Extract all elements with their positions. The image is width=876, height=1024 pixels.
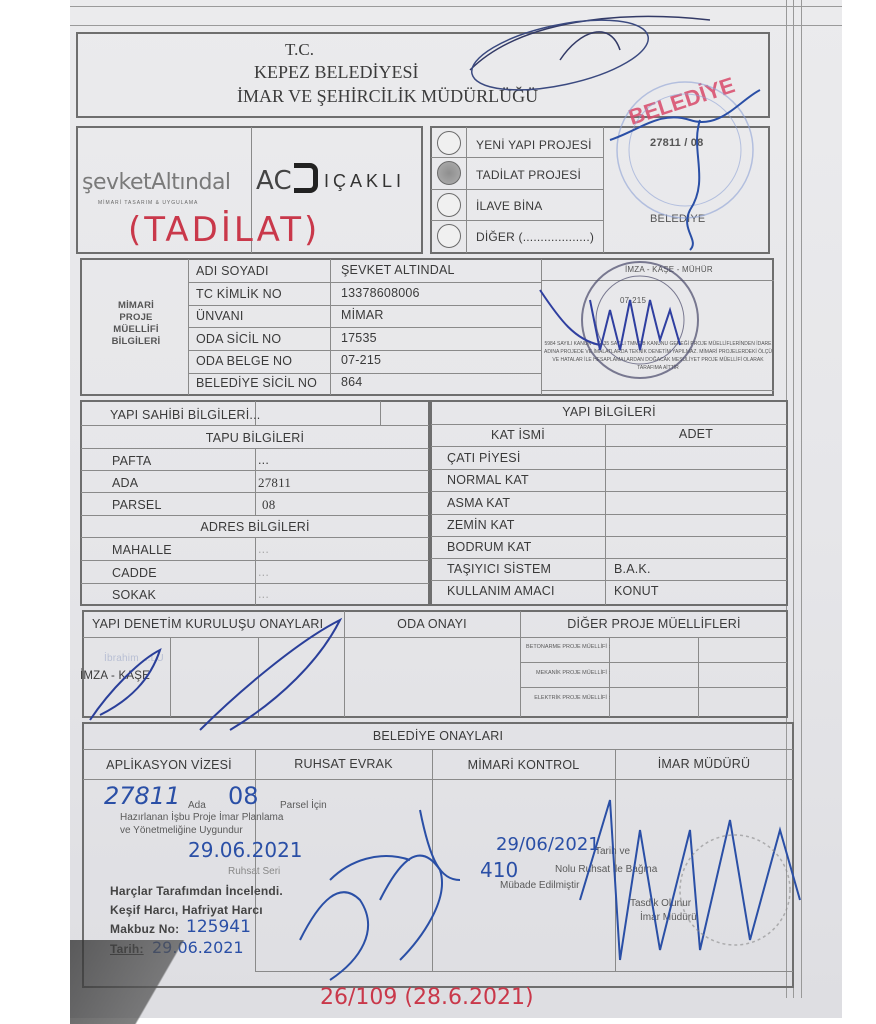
project-type-label: DİĞER (...................) [476,230,594,244]
building-title: YAPI BİLGİLERİ [431,405,787,419]
handwritten-ada: 27811 [104,782,180,810]
architect-field-label: TC KİMLİK NO [196,287,282,301]
architect-field-value: 17535 [341,331,377,345]
diger-title: DİĞER PROJE MÜELLİFLERİ [520,617,788,631]
building-col-kat: KAT İSMİ [431,428,605,442]
municipal-title: BELEDİYE ONAYLARI [83,729,793,743]
kesif-text: Keşif Harcı, Hafriyat Harcı [110,903,263,917]
left-logo-brand: şevketAltındal [82,170,231,195]
adres-title: ADRES BİLGİLERİ [81,520,429,534]
header-municipality: KEPEZ BELEDİYESİ [254,62,418,83]
handwritten-date-2: 29/06/2021 [496,834,600,855]
harclar-text: Harçlar Tarafımdan İncelendi. [110,884,283,898]
architect-field-label: ODA BELGE NO [196,354,292,368]
architect-field-value: MİMAR [341,308,384,322]
handwritten-no: 410 [480,858,518,882]
adres-value: ... [258,565,269,579]
tapu-label: PAFTA [112,454,151,468]
radio-diger[interactable] [437,224,461,248]
stamp-header-imza-kase: İMZA - KAŞE - MÜHÜR [625,265,713,274]
architect-legal-note: 5984 SAYILI KANUN ... 6235 SAYILI TMMOB … [544,340,772,372]
building-row-label: TAŞIYICI SİSTEM [447,562,551,576]
building-row-label: BODRUM KAT [447,540,531,554]
building-row-label: ZEMİN KAT [447,518,515,532]
tasdik: Tasdik Olunur [630,898,691,909]
nolu-ruhsat: Nolu Ruhsat ile Bağına [555,864,657,875]
handwritten-date-1: 29.06.2021 [188,838,303,862]
building-row-label: KULLANIM AMACI [447,584,555,598]
municipal-col: MİMARİ KONTROL [432,758,615,772]
architect-section-label: MİMARİ PROJE MÜELLİFİ BİLGİLERİ [106,300,166,348]
architect-field-value: 07-215 [341,353,381,367]
imza-kase-label: İMZA - KAŞE [80,670,150,682]
aplikasyon-text-2: ve Yönetmeliğine Uygundur [120,825,243,836]
right-logo-mark-icon [294,163,318,193]
municipal-col: APLİKASYON VİZESİ [83,758,255,772]
oda-onayi-title: ODA ONAYI [344,617,520,631]
building-row-label: ASMA KAT [447,496,510,510]
tapu-label: PARSEL [112,498,162,512]
tapu-title: TAPU BİLGİLERİ [81,431,429,445]
architect-field-label: ÜNVANI [196,309,244,323]
adres-label: SOKAK [112,588,156,602]
radio-tadilat[interactable] [437,161,461,185]
building-row-value: KONUT [614,584,659,598]
diger-row-label: BETONARME PROJE MÜELLİFİ : [510,644,610,650]
architect-field-value: 864 [341,375,362,389]
imar-muduru-sign: İmar Müdürü [640,912,697,923]
ada-word: Ada [188,800,206,811]
mubade: Mübade Edilmiştir [500,880,579,891]
header-tc: T.C. [285,40,314,60]
building-col-adet: ADET [605,427,787,441]
red-annotation: 26/109 (28.6.2021) [320,985,534,1010]
denetim-stamp-name: İbrahim ...LU [104,653,164,664]
diger-row-label: MEKANİK PROJE MÜELLİFİ : [510,670,610,676]
parsel-word: Parsel İçin [280,800,327,811]
building-row-label: ÇATI PİYESİ [447,451,521,465]
architect-field-label: BELEDİYE SİCİL NO [196,376,317,390]
radio-ilave-bina[interactable] [437,193,461,217]
building-row-label: NORMAL KAT [447,473,529,487]
tapu-value: ... [258,453,269,467]
architect-field-label: ADI SOYADI [196,264,269,278]
tapu-value: 27811 [258,475,291,491]
stamp-belediye-label: BELEDİYE [650,213,705,225]
top-border-lines [70,6,842,26]
architect-field-value: ŞEVKET ALTINDAL [341,263,455,277]
header-department: İMAR VE ŞEHİRCİLİK MÜDÜRLÜĞÜ [237,86,538,107]
municipal-col: İMAR MÜDÜRÜ [615,757,793,771]
radio-yeni-yapi[interactable] [437,131,461,155]
project-type-label: YENİ YAPI PROJESİ [476,138,592,152]
tapu-label: ADA [112,476,138,490]
adres-value: ... [258,587,269,601]
owner-title: YAPI SAHİBİ BİLGİLERİ... [110,408,260,422]
left-logo-subtitle: MİMARİ TASARIM & UYGULAMA [98,200,198,206]
adres-value: ... [258,542,269,556]
stamp-ada-parsel: 27811 / 08 [650,137,703,149]
architect-field-label: ODA SİCİL NO [196,332,281,346]
torn-corner-shadow [70,940,210,1024]
project-type-label: TADİLAT PROJESİ [476,168,581,182]
adres-label: CADDE [112,566,157,580]
ruhsat-seri: Ruhsat Seri [228,866,280,877]
aplikasyon-text-1: Hazırlanan İşbu Proje İmar Planlama [120,812,283,823]
handwritten-tadilat: (TADİLAT) [128,210,320,250]
architect-field-value: 13378608006 [341,286,420,300]
right-logo-prefix: AC [256,166,292,196]
project-type-label: İLAVE BİNA [476,199,542,213]
makbuz-value: 125941 [186,917,251,937]
handwritten-parsel: 08 [228,782,259,810]
yapi-denetim-title: YAPI DENETİM KURULUŞU ONAYLARI [92,617,323,631]
makbuz-label: Makbuz No: [110,922,179,936]
stamp-oda-number: 07-215 [620,296,646,305]
municipal-col: RUHSAT EVRAK [255,757,432,771]
adres-label: MAHALLE [112,543,172,557]
tapu-value: 08 [262,497,275,513]
diger-row-label: ELEKTRİK PROJE MÜELLİFİ : [510,695,610,701]
right-logo-suffix: IÇAKLI [324,171,405,192]
building-row-value: B.A.K. [614,562,651,576]
tarih-ve: Tarih ve [595,846,630,857]
